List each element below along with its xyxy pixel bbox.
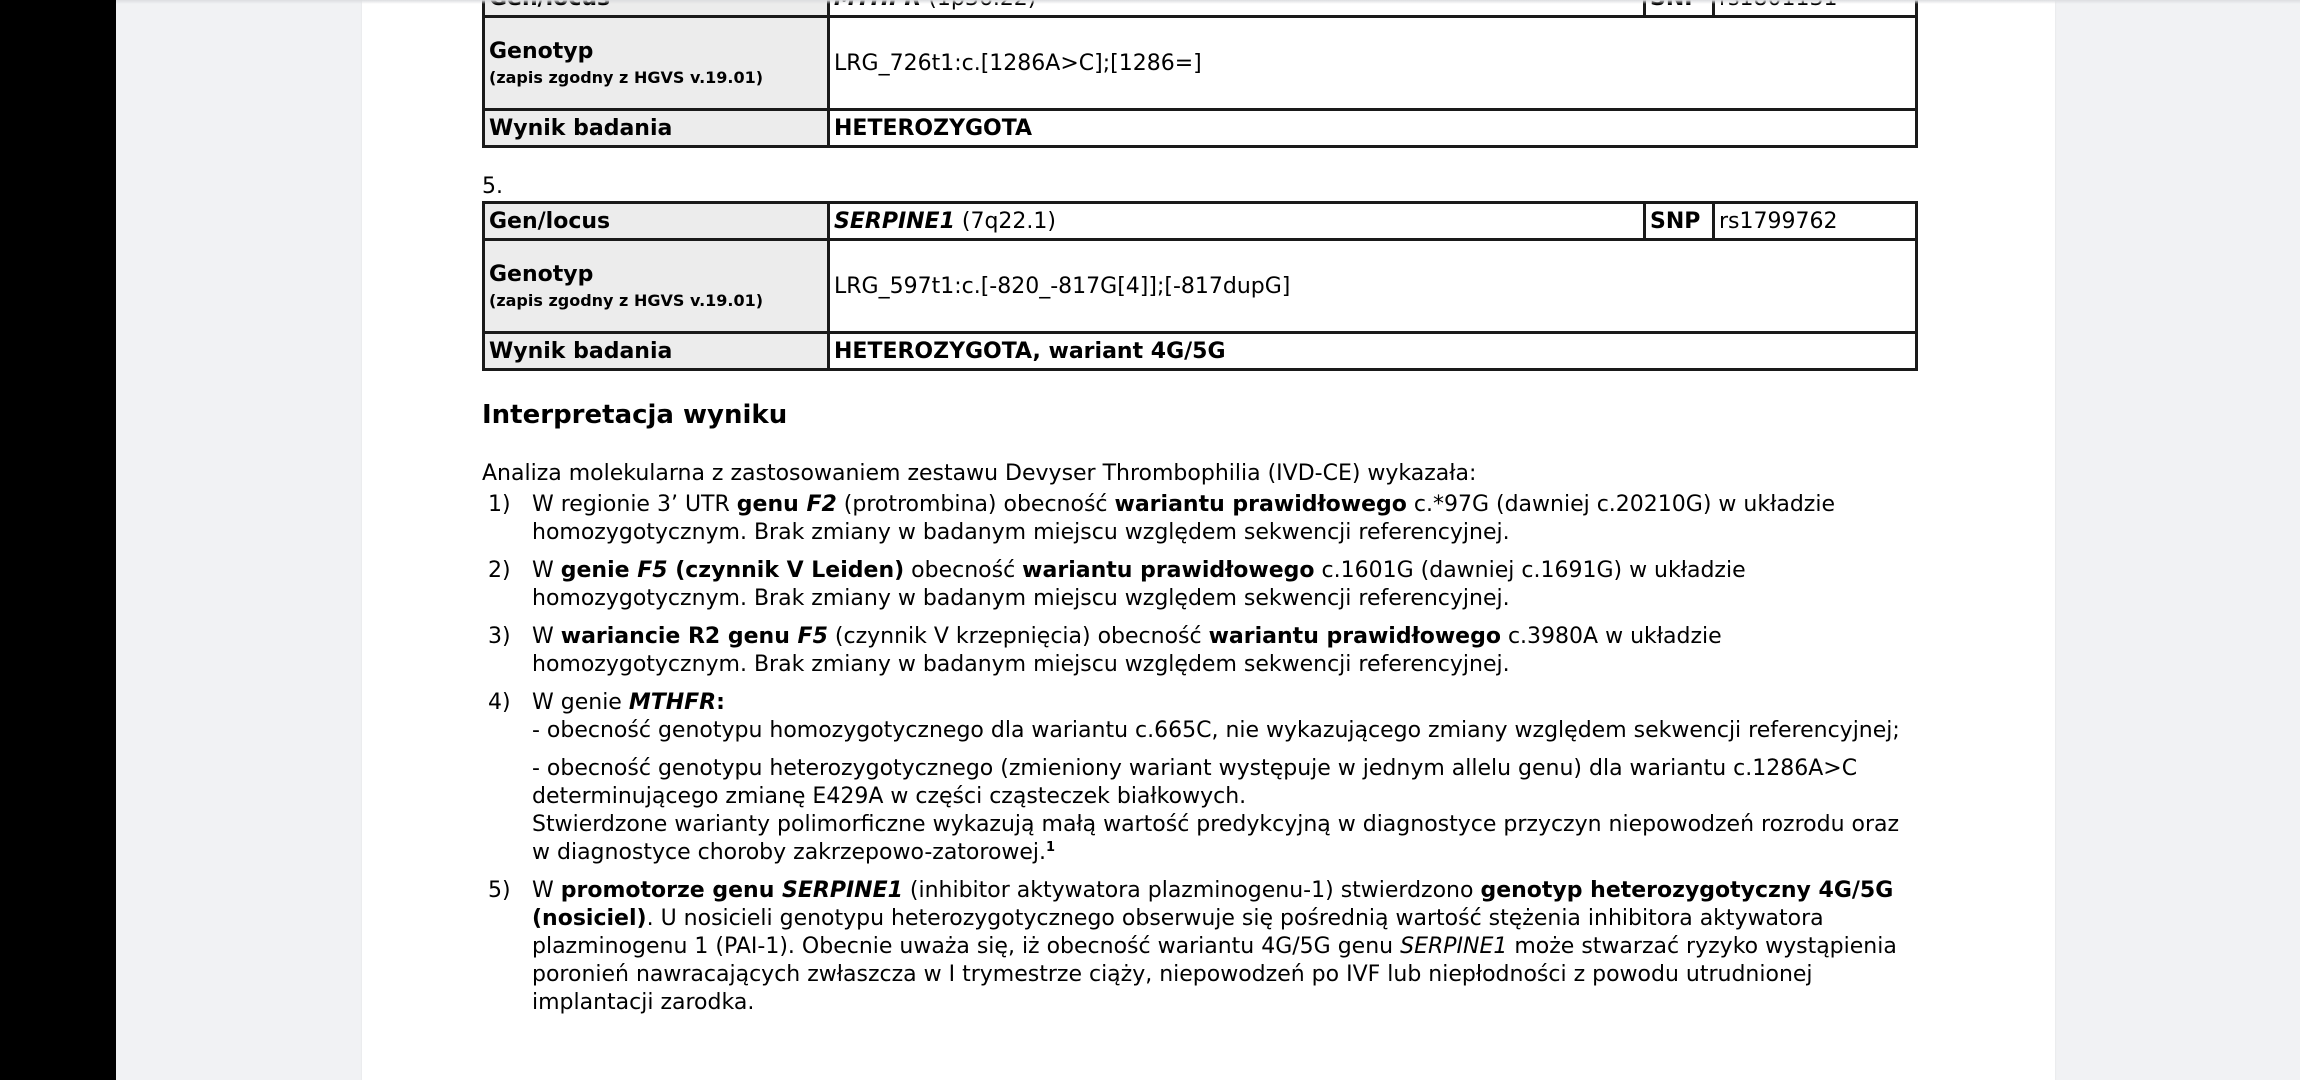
item-lead: W genie bbox=[532, 690, 629, 715]
text-run: SERPINE1 bbox=[1400, 934, 1507, 959]
item-paragraph-1: - obecność genotypu homozygotycznego dla… bbox=[532, 717, 1918, 745]
interpretation-item-4: 4) W genie MTHFR: - obecność genotypu ho… bbox=[482, 689, 1918, 867]
item-paragraph-3: Stwierdzone warianty polimorficzne wykaz… bbox=[532, 811, 1918, 867]
genotype-table-4: Gen/locus MTHFR (1p36.22) SNP rs1801131 … bbox=[482, 0, 1918, 148]
spacer bbox=[532, 745, 1918, 755]
text-run: genu bbox=[737, 492, 807, 517]
text-run: promotorze genu bbox=[561, 878, 782, 903]
result-value: HETEROZYGOTA, wariant 4G/5G bbox=[829, 333, 1917, 370]
result-label: Wynik badania bbox=[484, 110, 829, 147]
genotype-value: LRG_597t1:c.[-820_-817G[4]];[-817dupG] bbox=[829, 240, 1917, 333]
genotype-sublabel: (zapis zgodny z HGVS v.19.01) bbox=[489, 291, 823, 310]
locus: (7q22.1) bbox=[962, 209, 1056, 234]
item-text: W promotorze genu SERPINE1 (inhibitor ak… bbox=[532, 878, 1897, 1015]
text-run: (inhibitor aktywatora plazminogenu-1) st… bbox=[903, 878, 1481, 903]
text-run: wariancie R2 genu bbox=[561, 624, 798, 649]
item-number: 4) bbox=[488, 689, 511, 717]
left-black-bar bbox=[0, 0, 116, 1080]
snp-value: rs1799762 bbox=[1714, 203, 1917, 240]
conclusion-text: Stwierdzone warianty polimorficzne wykaz… bbox=[532, 812, 1899, 865]
text-run: (czynnik V krzepnięcia) obecność bbox=[828, 624, 1209, 649]
text-run: wariantu prawidłowego bbox=[1209, 624, 1501, 649]
genotype-label: Genotyp(zapis zgodny z HGVS v.19.01) bbox=[484, 240, 829, 333]
text-run: F5 bbox=[798, 624, 828, 649]
text-run: (protrombina) obecność bbox=[837, 492, 1115, 517]
genotype-table-5: Gen/locus SERPINE1 (7q22.1) SNP rs179976… bbox=[482, 201, 1918, 371]
text-run: W bbox=[532, 878, 561, 903]
snp-label: SNP bbox=[1645, 203, 1714, 240]
footnote-ref[interactable]: 1 bbox=[1046, 840, 1055, 855]
item-text: W wariancie R2 genu F5 (czynnik V krzepn… bbox=[532, 624, 1722, 677]
text-run: F2 bbox=[806, 492, 836, 517]
item-paragraph-2: - obecność genotypu heterozygotycznego (… bbox=[532, 755, 1918, 811]
text-run: (czynnik V Leiden) bbox=[668, 558, 905, 583]
interpretation-list: 1) W regionie 3’ UTR genu F2 (protrombin… bbox=[482, 491, 1918, 1027]
text-run: F5 bbox=[637, 558, 667, 583]
interpretation-item-1: 1) W regionie 3’ UTR genu F2 (protrombin… bbox=[482, 491, 1918, 547]
item-number: 5) bbox=[488, 877, 511, 905]
gene-name: SERPINE1 bbox=[834, 209, 955, 234]
interpretation-intro: Analiza molekularna z zastosowaniem zest… bbox=[482, 461, 1476, 486]
genotype-label-text: Genotyp bbox=[489, 39, 593, 64]
gen-locus-label: Gen/locus bbox=[484, 203, 829, 240]
text-run: wariantu prawidłowego bbox=[1022, 558, 1314, 583]
item-text: W genie F5 (czynnik V Leiden) obecność w… bbox=[532, 558, 1746, 611]
text-run: genie bbox=[561, 558, 637, 583]
item-number: 1) bbox=[488, 491, 511, 519]
result-label: Wynik badania bbox=[484, 333, 829, 370]
text-run: SERPINE1 bbox=[782, 878, 903, 903]
toolbar-shadow bbox=[116, 0, 2300, 4]
gen-locus-value: SERPINE1 (7q22.1) bbox=[829, 203, 1645, 240]
text-run: W regionie 3’ UTR bbox=[532, 492, 737, 517]
item-text: W regionie 3’ UTR genu F2 (protrombina) … bbox=[532, 492, 1835, 545]
text-run: W bbox=[532, 624, 561, 649]
viewer-background-right bbox=[2055, 0, 2300, 1080]
genotype-label-text: Genotyp bbox=[489, 262, 593, 287]
viewer-background-left bbox=[116, 0, 362, 1080]
genotype-value: LRG_726t1:c.[1286A>C];[1286=] bbox=[829, 17, 1917, 110]
interpretation-item-3: 3) W wariancie R2 genu F5 (czynnik V krz… bbox=[482, 623, 1918, 679]
item-number: 3) bbox=[488, 623, 511, 651]
interpretation-item-2: 2) W genie F5 (czynnik V Leiden) obecnoś… bbox=[482, 557, 1918, 613]
text-run: obecność bbox=[904, 558, 1022, 583]
table-number: 5. bbox=[482, 174, 503, 199]
gene-name: MTHFR bbox=[629, 690, 716, 715]
result-value: HETEROZYGOTA bbox=[829, 110, 1917, 147]
item-number: 2) bbox=[488, 557, 511, 585]
genotype-label: Genotyp(zapis zgodny z HGVS v.19.01) bbox=[484, 17, 829, 110]
interpretation-item-5: 5) W promotorze genu SERPINE1 (inhibitor… bbox=[482, 877, 1918, 1017]
document-page: Gen/locus MTHFR (1p36.22) SNP rs1801131 … bbox=[362, 0, 2055, 1080]
text-run: W bbox=[532, 558, 561, 583]
genotype-sublabel: (zapis zgodny z HGVS v.19.01) bbox=[489, 68, 823, 87]
item-lead-end: : bbox=[716, 690, 725, 715]
text-run: wariantu prawidłowego bbox=[1115, 492, 1407, 517]
interpretation-heading: Interpretacja wyniku bbox=[482, 400, 787, 430]
